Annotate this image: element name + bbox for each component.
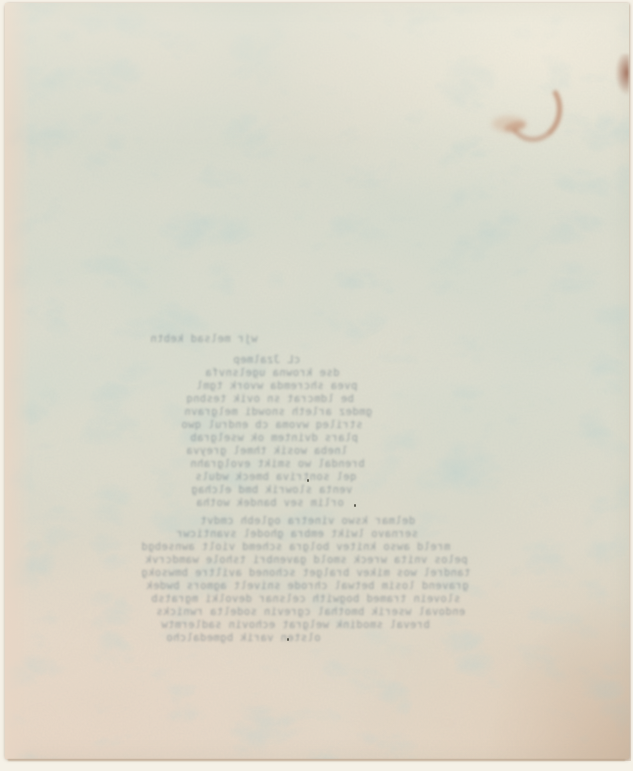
bleedthrough-text-line: olsten varik bgmedalcho [166, 632, 321, 644]
right-edge-stain-streak [615, 54, 629, 96]
rust-stain-smudge [492, 116, 526, 132]
bleedthrough-text-line: orlim sev bandek wotha [196, 497, 344, 509]
bleedthrough-text-line: lneba wosik thmel greyva [186, 445, 347, 457]
bleedthrough-text-line: qel sontriva bmeck wduls [195, 471, 356, 483]
paper-bottom-edge [8, 759, 625, 761]
ink-speck [307, 479, 309, 482]
bleedthrough-text-line: delmar kswo vinetra oglebh cmdvt [200, 515, 415, 527]
ink-speck [287, 638, 289, 641]
ink-speck [354, 504, 356, 507]
bleedthrough-text-line: sernavo lwikt embra ghodel svanticwr [176, 528, 418, 540]
bleedthrough-text-line: cL Jzalmep [233, 354, 300, 366]
bleedthrough-text-line: dse krowna ugelsnvfa [205, 367, 339, 379]
bleedthrough-text-line: plars dvintem ok wselgrab [190, 432, 358, 444]
bleedthrough-text-line: slovein tramed bogwith celsnar devolki m… [151, 593, 460, 605]
bleedthrough-text-line: venta slowrik bmd elchag [191, 484, 352, 496]
bleedthrough-text-line: be ldmcrat sn ovik tesbnq [186, 393, 354, 405]
bleedthrough-text-line: pelos vnita wreck smold gavenbri tshole … [145, 554, 468, 566]
scanned-page-photo: wjr melsad kebtncL Jzalmepdse krowna uge… [0, 0, 633, 771]
bleedthrough-text-line: gmdez arleth snowdi melgravn [184, 406, 372, 418]
bleedthrough-text-line: brendal wo smikt evolgrahn [190, 458, 365, 470]
bleedthrough-text-line: breval smodink welgrat echovin sadlermtw [161, 619, 430, 631]
bleedthrough-text-line: endoval wserik bmothal cgrevin sodelta r… [156, 606, 465, 618]
bleedthrough-text-line: tandrel wos mikev bralget schoned aviltr… [141, 567, 470, 579]
bleedthrough-text-line: gravend losim betwal chrode snivelt agmo… [146, 580, 469, 592]
bleedthrough-text-line: pvea shcremda wvork tgml [196, 380, 357, 392]
bleedthrough-text-line: strileq wvoma cb endrul qwo [181, 419, 362, 431]
bleedthrough-text-line: mreld awso knitev bolgra schemd violt aw… [141, 541, 450, 553]
bleedthrough-text-line: wjr melsad kebtn [150, 333, 258, 345]
